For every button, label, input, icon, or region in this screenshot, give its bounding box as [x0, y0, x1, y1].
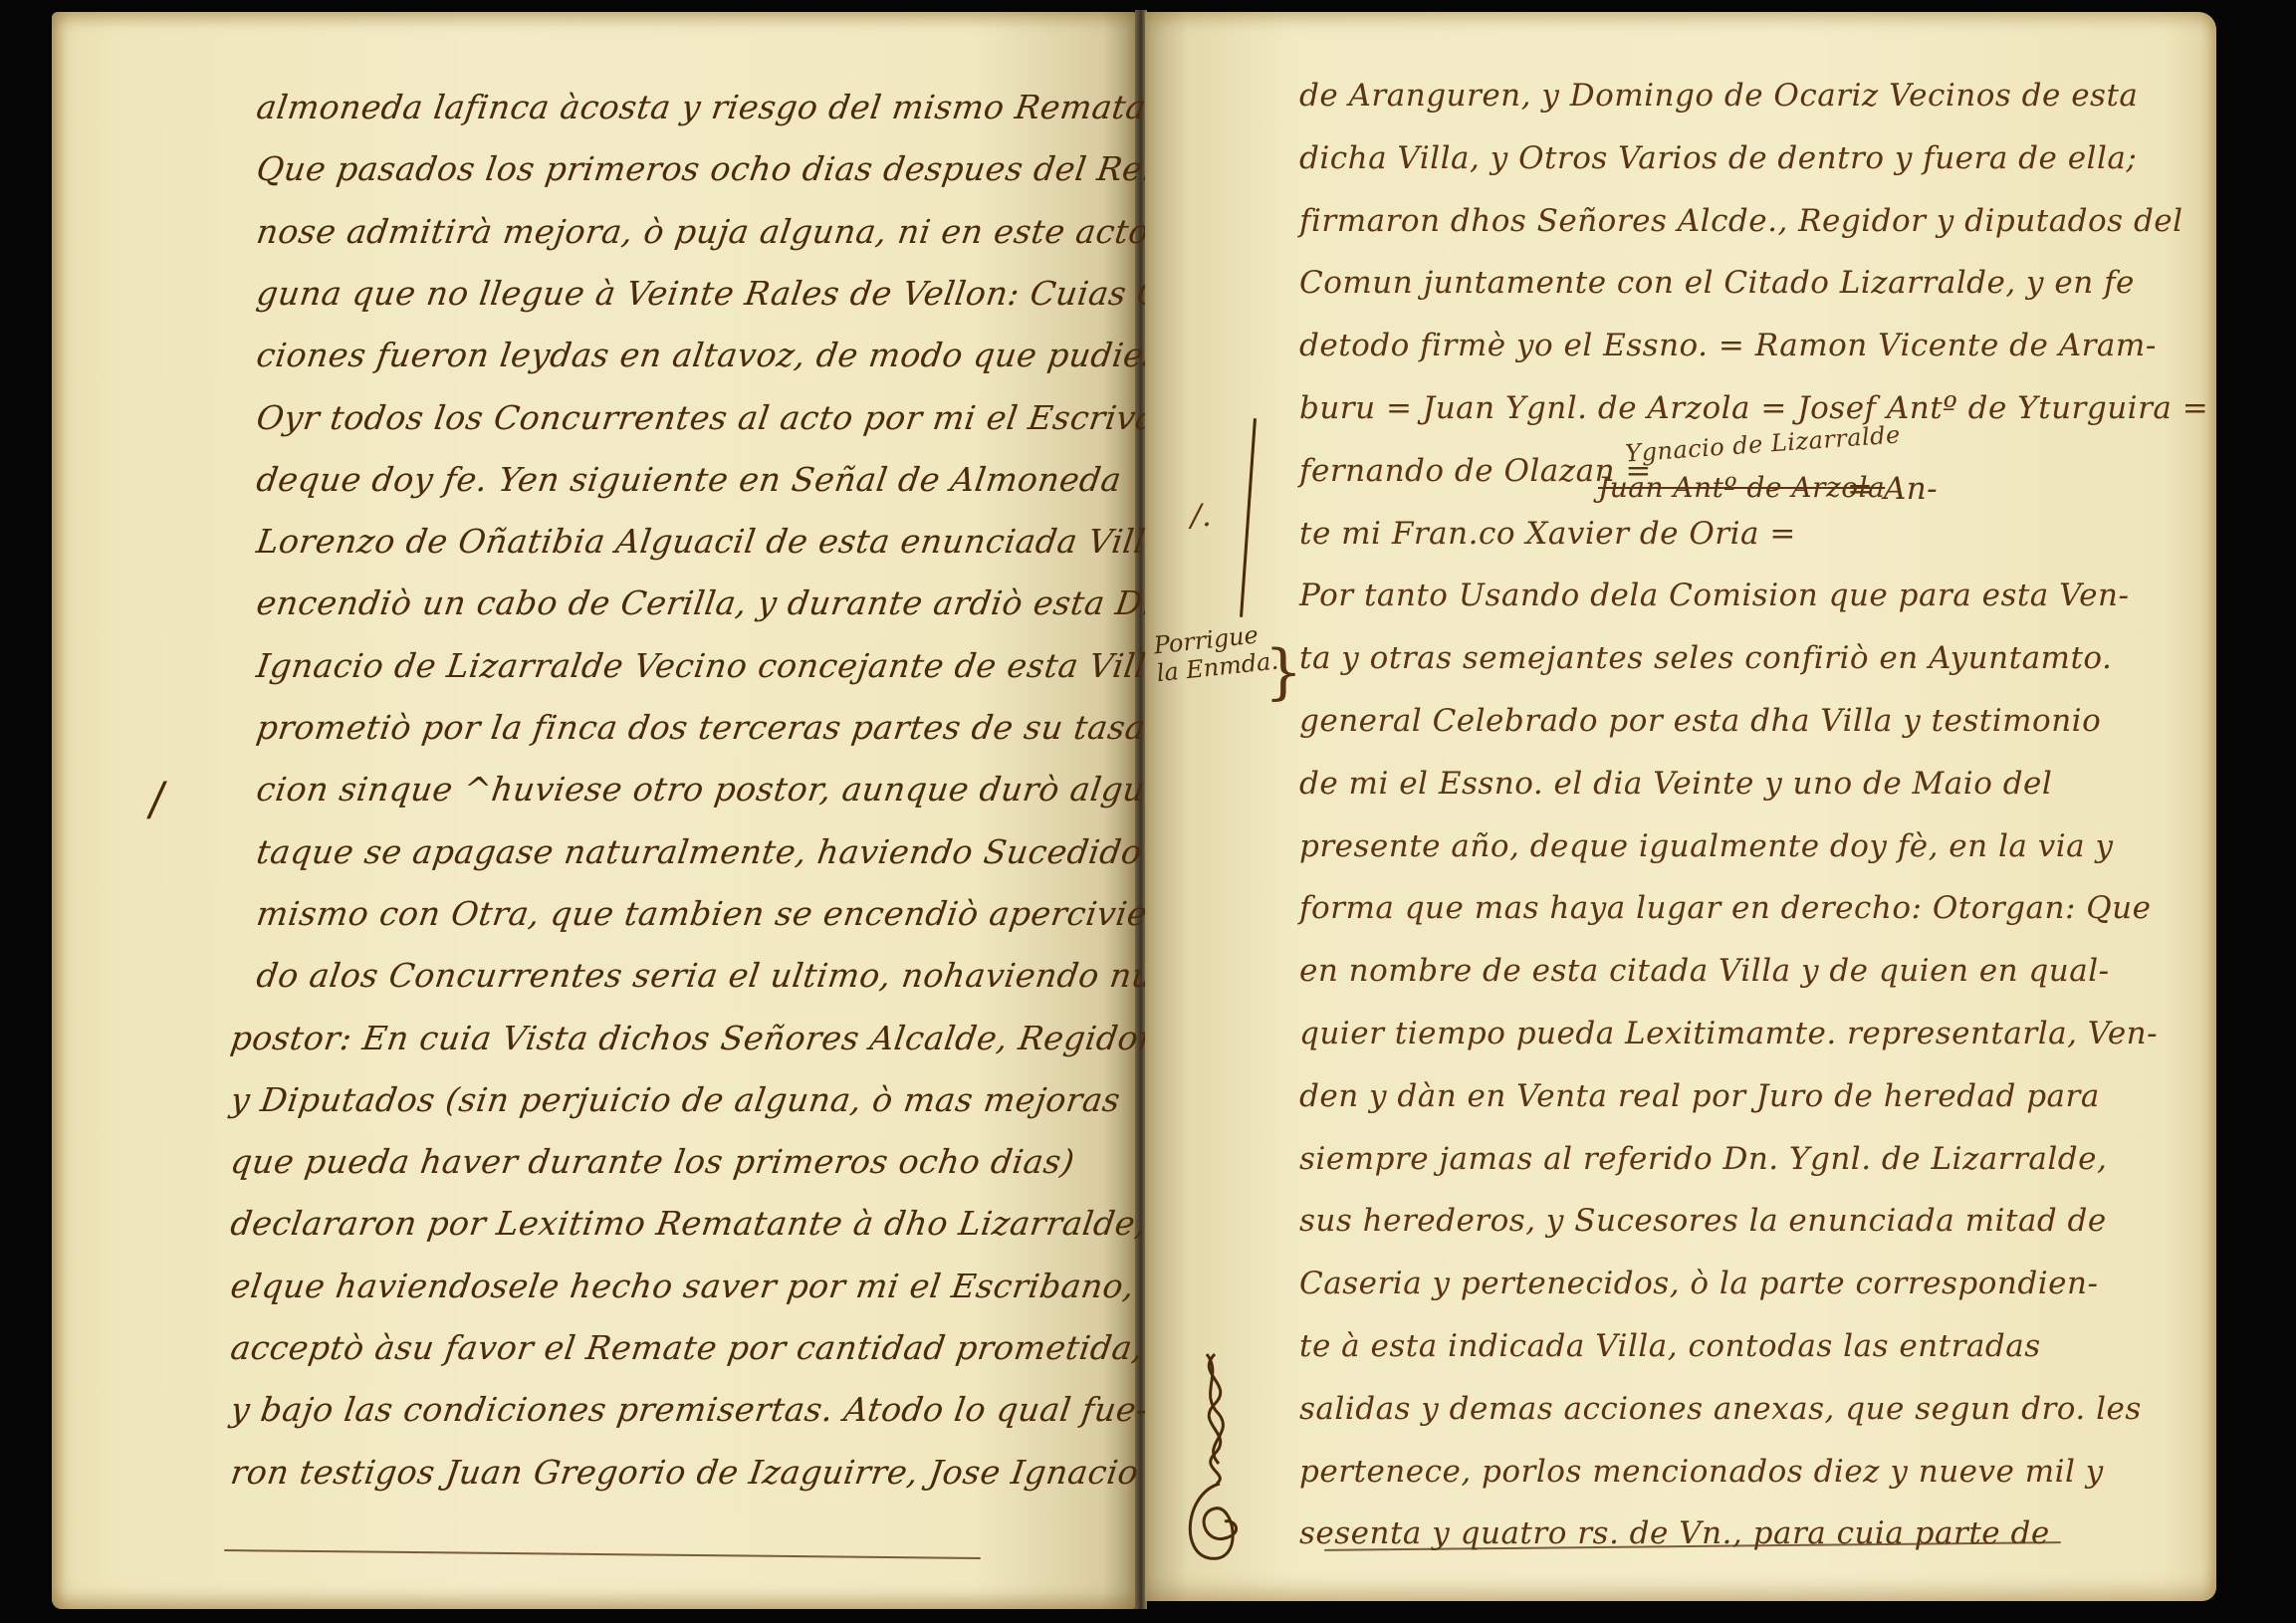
left-text-line: ron testigos Juan Gregorio de Izaguirre,…: [228, 1453, 1141, 1492]
left-text-line: deque doy fe. Yen siguiente en Señal de …: [254, 460, 1124, 499]
right-text-line: de mi el Essno. el dia Veinte y uno de M…: [1299, 766, 2052, 802]
right-text-line: Por tanto Usando dela Comision que para …: [1299, 578, 2129, 613]
right-text-line: buru = Juan Ygnl. de Arzola = Josef Antº…: [1299, 390, 2208, 426]
left-text-line: elque haviendosele hecho saver por mi el…: [228, 1267, 1137, 1305]
left-text-line: y bajo las condiciones premisertas. Atod…: [228, 1390, 1150, 1429]
left-text-line: Oyr todos los Concurrentes al acto por m…: [254, 398, 1200, 437]
right-text-line: den y dàn en Venta real por Juro de here…: [1299, 1078, 2100, 1114]
left-text-line: acceptò àsu favor el Remate por cantidad…: [228, 1328, 1146, 1367]
left-text-line: taque se apagase naturalmente, haviendo …: [254, 832, 1198, 871]
left-text-line: que pueda haver durante los primeros och…: [228, 1142, 1077, 1181]
right-text-line: de Aranguren, y Domingo de Ocariz Vecino…: [1299, 78, 2138, 114]
left-text-line: prometiò por la finca dos terceras parte…: [254, 708, 1160, 747]
left-text-line: postor: En cuia Vista dichos Señores Alc…: [228, 1019, 1164, 1057]
left-text-line: Lorenzo de Oñatibia Alguacil de esta enu…: [254, 522, 1168, 561]
right-text-line: salidas y demas acciones anexas, que seg…: [1299, 1391, 2142, 1427]
struck-name: Juan Antº de Arzola: [1598, 471, 1885, 504]
right-text-line: ta y otras semejantes seles confiriò en …: [1299, 640, 2112, 676]
right-text-line: en nombre de esta citada Villa y de quie…: [1299, 953, 2110, 989]
left-text-line: Que pasados los primeros ocho dias despu…: [254, 149, 1231, 188]
margin-brace: }: [1264, 637, 1303, 707]
right-text-line: presente año, deque igualmente doy fè, e…: [1299, 828, 2113, 864]
right-text-line: Comun juntamente con el Citado Lizarrald…: [1299, 265, 2135, 301]
right-text-line: te à esta indicada Villa, contodas las e…: [1299, 1328, 2041, 1364]
right-text-line: forma que mas haya lugar en derecho: Oto…: [1299, 890, 2152, 926]
right-text-line: pertenece, porlos mencionados diez y nue…: [1299, 1454, 2104, 1490]
left-text-line: mismo con Otra, que tambien se encendiò …: [254, 894, 1183, 933]
right-text-line: detodo firmè yo el Essno. = Ramon Vicent…: [1299, 328, 2157, 363]
signature-rubric-icon: [1175, 1344, 1264, 1563]
left-text-line: encendiò un cabo de Cerilla, y durante a…: [254, 583, 1178, 622]
left-text-line: almoneda lafinca àcosta y riesgo del mis…: [254, 88, 1216, 126]
left-text-line: declararon por Lexitimo Rematante à dho …: [228, 1204, 1149, 1243]
left-text-line: Ignacio de Lizarralde Vecino concejante …: [254, 646, 1169, 685]
right-text-line: te mi Fran.co Xavier de Oria =: [1299, 516, 1796, 552]
left-text-line: ciones fueron leydas en altavoz, de modo…: [254, 336, 1205, 374]
right-text-line: general Celebrado por esta dha Villa y t…: [1299, 703, 2101, 739]
left-text-line: nose admitirà mejora, ò puja alguna, ni …: [254, 212, 1207, 251]
right-text-line: firmaron dhos Señores Alcde., Regidor y …: [1299, 203, 2183, 239]
left-text-line: do alos Concurrentes seria el ultimo, no…: [254, 956, 1215, 995]
left-page: [52, 12, 1135, 1609]
right-text-line: siempre jamas al referido Dn. Ygnl. de L…: [1299, 1141, 2107, 1177]
right-text-line: dicha Villa, y Otros Varios de dentro y …: [1299, 140, 2137, 176]
line7-tail: = An-: [1847, 471, 1938, 507]
right-margin-mark: /.: [1191, 498, 1212, 534]
left-text-line: y Diputados (sin perjuicio de alguna, ò …: [228, 1080, 1123, 1119]
left-text-line: guna que no llegue à Veinte Rales de Vel…: [254, 274, 1252, 313]
right-text-line: quier tiempo pueda Lexitimamte. represen…: [1299, 1016, 2158, 1051]
right-text-line: sus herederos, y Sucesores la enunciada …: [1299, 1203, 2107, 1239]
right-text-line: Caseria y pertenecidos, ò la parte corre…: [1299, 1266, 2098, 1301]
